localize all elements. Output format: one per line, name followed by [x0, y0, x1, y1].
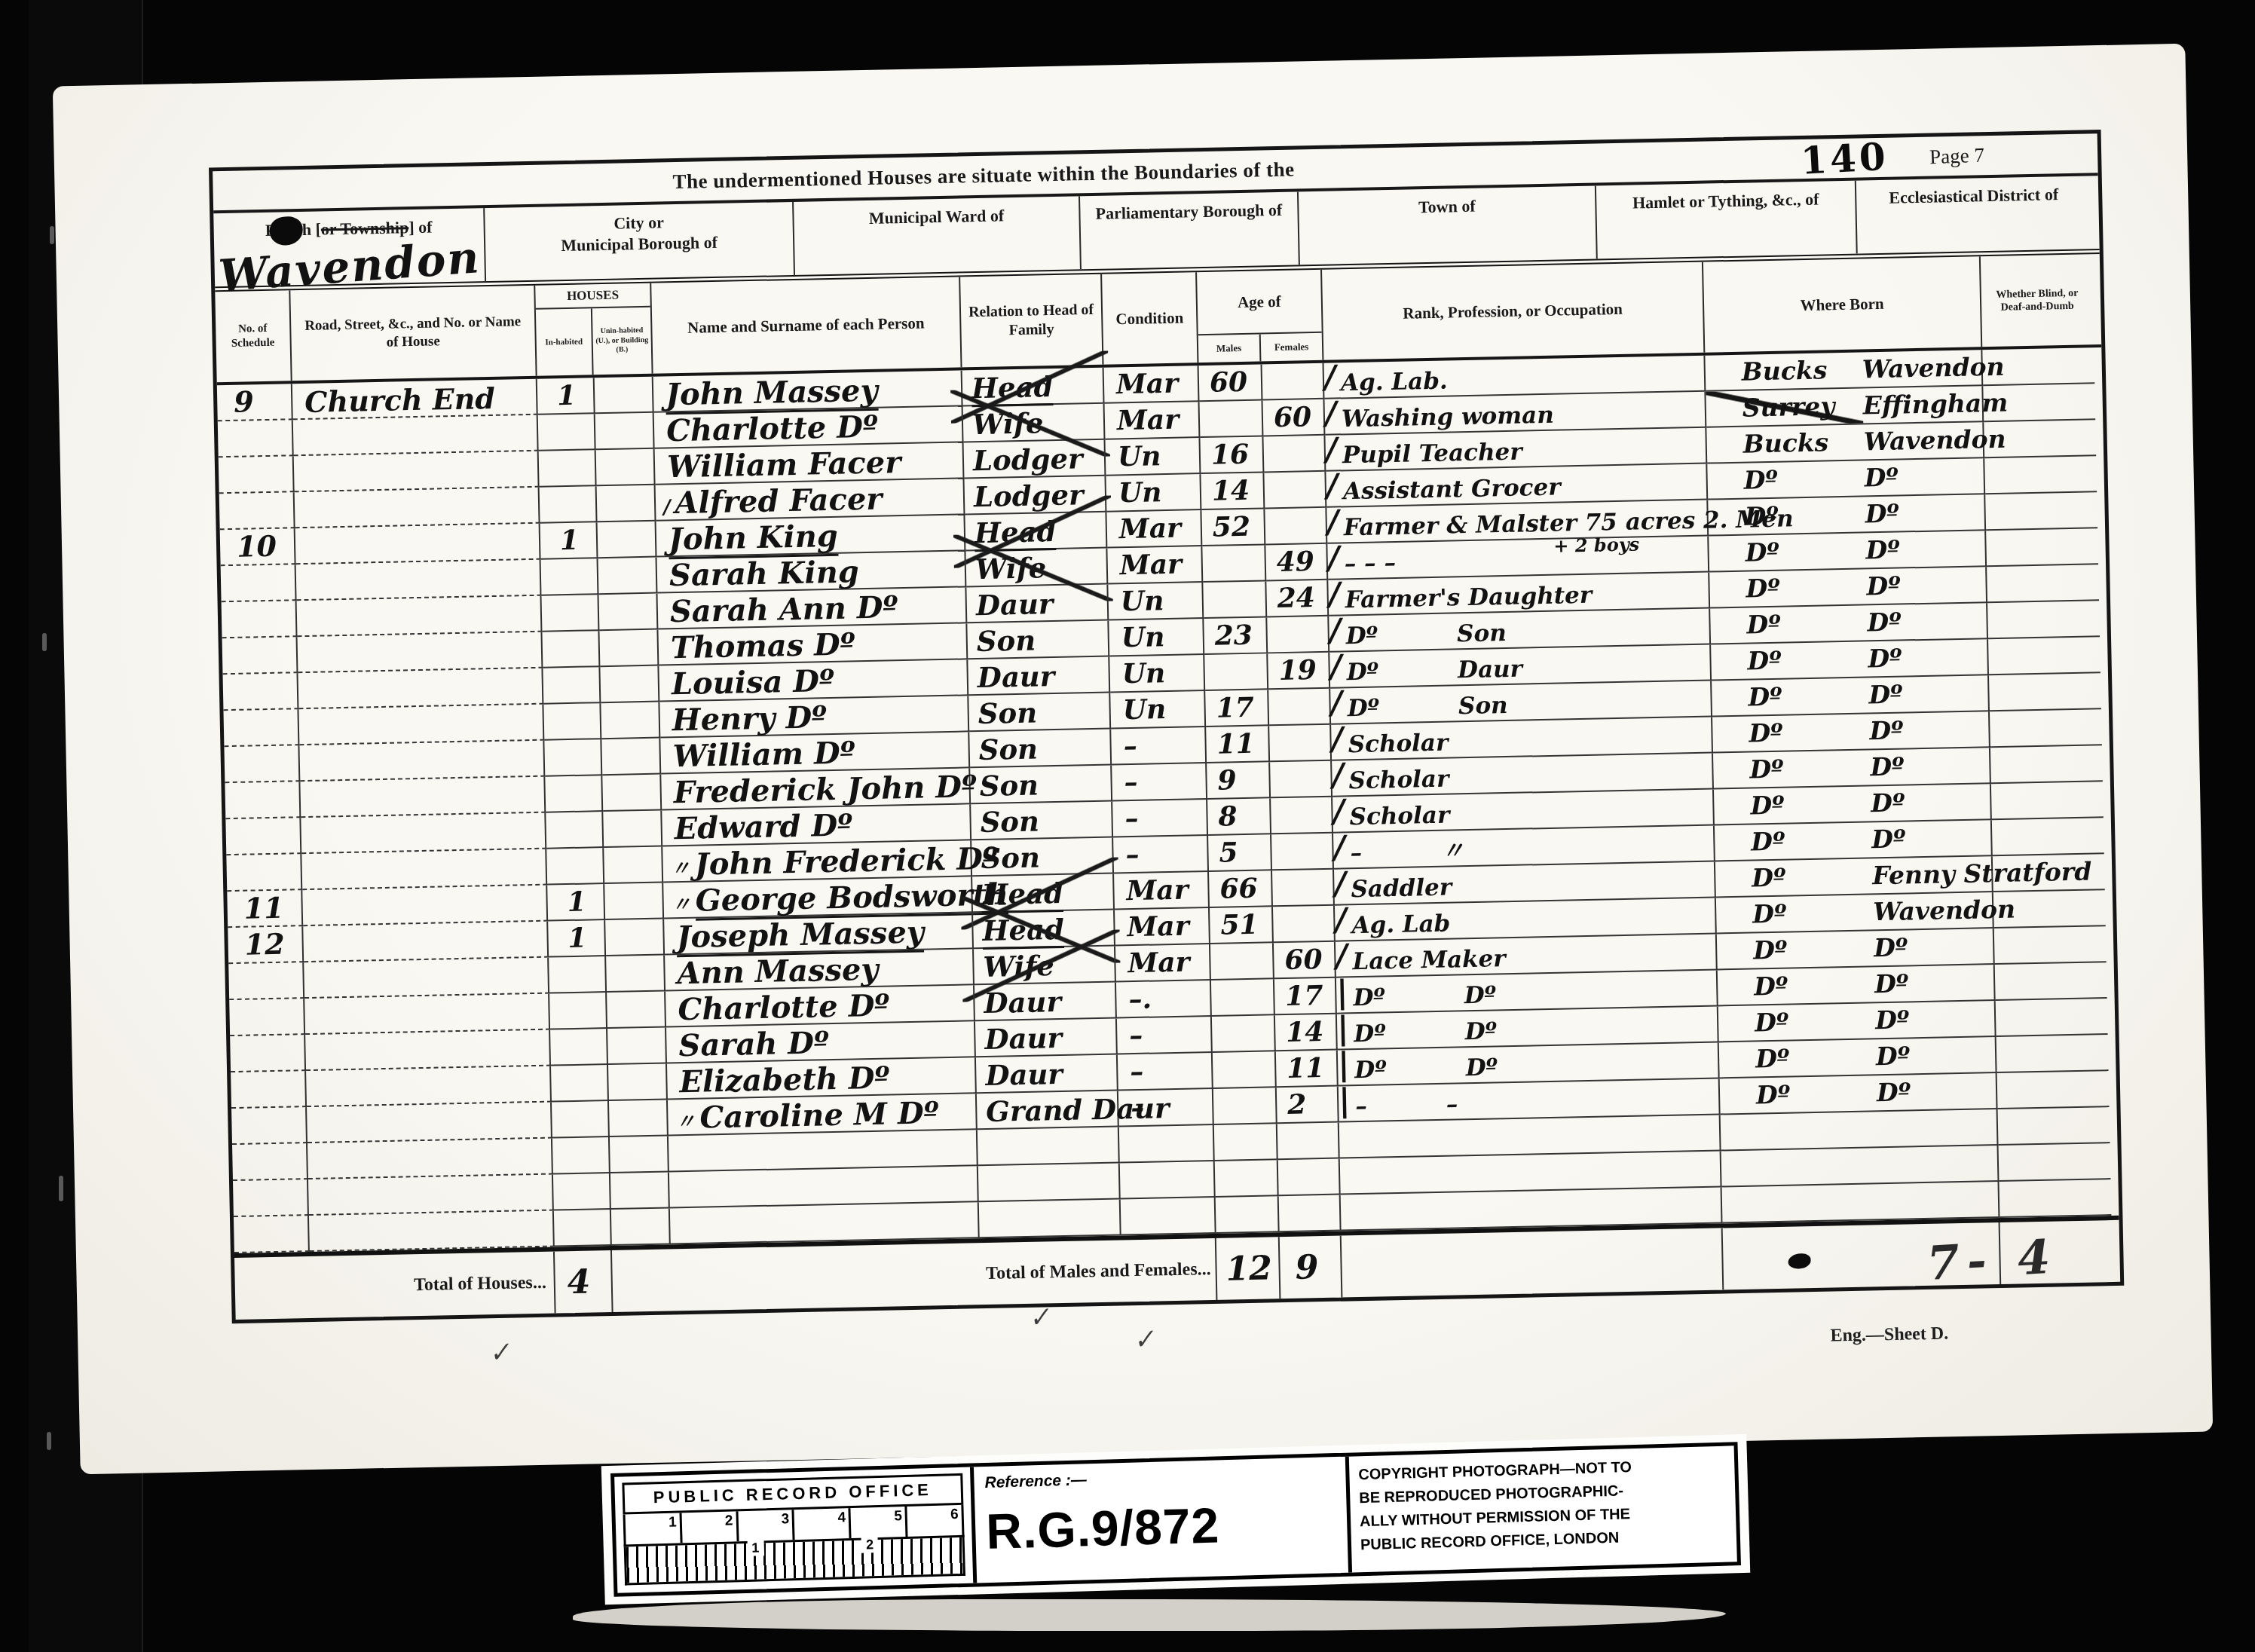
inhabited-cell — [545, 776, 603, 813]
condition-cell — [1119, 1125, 1215, 1164]
person-name: William Dº — [672, 735, 855, 774]
schedule-number-cell — [228, 962, 304, 1000]
tally-mark: / — [1325, 432, 1342, 467]
where-born-cell: DºDº — [1715, 820, 1993, 861]
inhabited-cell — [544, 739, 602, 777]
tick-mark — [662, 424, 662, 446]
inhabited-cell — [549, 956, 607, 994]
schedule-number-cell — [230, 1035, 306, 1072]
age-female-cell — [1268, 689, 1331, 727]
where-born-cell: DºDº — [1707, 458, 1985, 500]
age-female-cell — [1269, 725, 1332, 763]
road-name-cell — [304, 994, 550, 1036]
age-female-cell — [1264, 472, 1326, 509]
age-male-cell — [1214, 1124, 1278, 1161]
condition-cell: Mar — [1107, 546, 1203, 585]
header-rank: Rank, Profession, or Occupation — [1322, 262, 1705, 360]
road-name-cell — [307, 1103, 552, 1144]
header-name: Name and Surname of each Person — [651, 277, 962, 373]
condition-cell: Mar — [1104, 366, 1200, 404]
where-born-cell: BucksWavendon — [1705, 350, 1983, 391]
hamlet-cell: Hamlet or Tything, &c., of — [1596, 181, 1858, 259]
where-born-cell: DºDº — [1709, 531, 1987, 572]
tick-mark — [675, 1075, 675, 1097]
checkmark: ✓ — [1027, 1302, 1052, 1335]
relation-cell: Lodger — [964, 476, 1106, 515]
person-name-cell: William Facer — [655, 442, 965, 485]
blind-deaf-cell — [1993, 854, 2105, 892]
where-born-cell: DºDº — [1713, 748, 1991, 789]
uninhabited-cell — [596, 449, 656, 487]
uninhabited-cell — [600, 666, 659, 704]
person-name-cell: Sarah Ann Dº — [657, 587, 967, 629]
schedule-number-cell — [222, 637, 298, 675]
schedule-number-cell — [223, 709, 299, 747]
tick-mark — [674, 1039, 675, 1061]
person-name: Ann Massey — [677, 952, 879, 991]
person-name-cell: Frederick John Dº — [661, 768, 971, 810]
person-name: Sarah King — [669, 554, 860, 593]
condition-cell: – — [1112, 763, 1207, 802]
uninhabited-cell — [608, 1063, 668, 1101]
where-born-cell: DºDº — [1711, 639, 1989, 681]
person-name-cell: John King — [656, 515, 966, 557]
age-female-cell — [1263, 436, 1326, 473]
condition-cell: Mar — [1115, 908, 1210, 947]
person-name-cell: Elizabeth Dº — [667, 1057, 977, 1100]
road-name-cell — [301, 849, 547, 891]
person-name-cell — [670, 1202, 980, 1244]
inhabited-cell: 1 — [537, 378, 595, 415]
person-name: John Frederick Dº — [694, 841, 998, 883]
tally-mark: / — [1326, 468, 1343, 503]
blind-deaf-cell — [1982, 347, 2094, 386]
age-female-cell: 11 — [1276, 1051, 1339, 1088]
uninhabited-cell — [604, 847, 663, 885]
person-name: Caroline M Dº — [699, 1095, 939, 1135]
condition-cell: Mar — [1106, 510, 1202, 549]
age-female-cell — [1277, 1123, 1340, 1161]
inhabited-cell — [552, 1137, 610, 1175]
age-female-cell — [1265, 508, 1327, 546]
where-born-cell: DºDº — [1720, 1073, 1998, 1115]
age-male-cell — [1215, 1160, 1279, 1198]
age-female-cell — [1271, 834, 1334, 871]
age-female-cell — [1278, 1159, 1341, 1197]
person-name-cell: Louisa Dº — [659, 659, 968, 702]
schedule-number-cell — [225, 818, 301, 855]
person-name-cell: Thomas Dº — [658, 623, 968, 665]
tick-mark — [664, 532, 665, 555]
tick-mark — [665, 568, 665, 591]
tally-mark: / — [1332, 757, 1349, 792]
tick-mark — [670, 821, 671, 844]
tick-mark: / — [663, 496, 671, 519]
header-males: Males — [1198, 334, 1262, 363]
relation-cell: Head — [972, 874, 1115, 913]
age-male-cell: 66 — [1209, 870, 1273, 908]
where-born-cell: DºWavendon — [1716, 892, 1994, 934]
paper-edge-fragment — [573, 1599, 1726, 1631]
person-name-cell: 〃John Frederick Dº — [662, 840, 972, 883]
header-where-born: Where Born — [1703, 256, 1982, 352]
where-born-cell: DºDº — [1712, 675, 1990, 717]
pro-copyright-section: COPYRIGHT PHOTOGRAPH—NOT TO BE REPRODUCE… — [1345, 1445, 1737, 1572]
inhabited-cell — [539, 450, 597, 488]
tally-mark: | — [1337, 1011, 1354, 1045]
person-name: Louisa Dº — [671, 663, 834, 702]
relation-cell: Wife — [974, 947, 1116, 986]
header-inhabited: In-habited — [536, 308, 594, 375]
road-name-cell — [296, 560, 542, 601]
age-male-cell: 9 — [1207, 762, 1271, 800]
uninhabited-cell — [607, 992, 666, 1029]
schedule-number-cell — [233, 1179, 309, 1217]
tally-mark: / — [1324, 396, 1342, 430]
person-name: Edward Dº — [674, 807, 852, 846]
relation-cell: Head — [973, 910, 1115, 950]
total-males-value: 12 — [1225, 1249, 1272, 1288]
road-name-cell — [298, 705, 544, 746]
tally-mark: | — [1336, 974, 1354, 1009]
inhabited-cell — [541, 558, 599, 596]
person-name: Alfred Facer — [675, 482, 883, 522]
header-age: Age of — [1197, 270, 1322, 335]
road-name-cell — [300, 777, 546, 818]
age-male-cell: 60 — [1199, 364, 1263, 402]
road-name-cell: Church End — [292, 379, 538, 421]
relation-cell: Wife — [963, 404, 1106, 443]
ink-blot — [269, 216, 303, 246]
blind-deaf-cell — [1988, 637, 2100, 675]
header-blind-deaf: Whether Blind, or Deaf-and-Dumb — [1981, 254, 2094, 347]
road-name-cell — [309, 1211, 555, 1253]
age-female-cell — [1273, 906, 1336, 944]
condition-cell: Un — [1109, 619, 1204, 657]
road-name-cell — [306, 1066, 552, 1108]
inhabited-cell — [540, 486, 598, 524]
page-number-label: Page 7 — [1929, 143, 1985, 169]
road-name-cell — [295, 488, 540, 529]
tick-mark — [667, 677, 668, 699]
inhabited-cell: 1 — [547, 884, 605, 922]
relation-cell: Son — [968, 693, 1111, 733]
condition-cell: Un — [1109, 655, 1205, 693]
where-born-cell: DºDº — [1709, 567, 1987, 608]
relation-cell: Son — [967, 621, 1109, 660]
tick-mark — [676, 1147, 677, 1170]
table-body: 9 Church End 1 John Massey Head Mar 60 /… — [217, 347, 2119, 1253]
age-male-cell: 11 — [1206, 726, 1270, 763]
relation-cell: Daur — [968, 657, 1110, 696]
tally-mark: / — [1333, 830, 1351, 864]
condition-cell: – — [1111, 727, 1207, 766]
where-born-cell: DºDº — [1714, 784, 1992, 825]
uninhabited-cell — [603, 811, 662, 849]
person-name-cell: 〃Caroline M Dº — [668, 1094, 978, 1136]
uninhabited-cell — [606, 956, 665, 993]
age-male-cell: 52 — [1201, 509, 1265, 546]
schedule-number-cell — [226, 854, 302, 892]
condition-cell: Un — [1110, 691, 1206, 730]
header-females: Females — [1261, 333, 1323, 362]
road-name-cell — [298, 632, 543, 674]
inhabited-cell — [549, 993, 607, 1030]
inhabited-cell — [553, 1173, 611, 1211]
relation-cell: Grand Daur — [977, 1091, 1119, 1130]
person-name: Henry Dº — [672, 699, 827, 738]
boundary-title: The undermentioned Houses are situate wi… — [672, 158, 1295, 194]
where-born-cell — [1722, 1182, 2000, 1223]
condition-cell: – — [1118, 1089, 1214, 1127]
relation-cell: Daur — [975, 983, 1117, 1022]
plate-mark-handwritten: 7- 4 — [1926, 1229, 2059, 1291]
road-name-cell — [295, 524, 541, 565]
where-born-cell: DºDº — [1712, 711, 1990, 753]
person-name: Sarah Ann Dº — [669, 589, 898, 629]
age-male-cell — [1216, 1196, 1280, 1234]
schedule-number-cell: 10 — [220, 528, 296, 566]
age-female-cell — [1271, 797, 1333, 835]
road-name-cell — [298, 668, 543, 710]
pro-ruler-section: PUBLIC RECORD OFFICE 1 2 3 4 5 6 1 2 — [614, 1467, 973, 1593]
uninhabited-cell — [604, 883, 664, 921]
relation-cell: Daur — [966, 585, 1109, 624]
schedule-number-cell — [223, 673, 299, 711]
header-age-group: Age of Males Females — [1197, 270, 1323, 363]
relation-cell: Son — [971, 802, 1113, 841]
person-name-cell — [669, 1130, 978, 1172]
person-name: Charlotte Dº — [666, 409, 879, 449]
age-male-cell: 17 — [1205, 690, 1269, 727]
inhabited-cell — [546, 848, 604, 886]
total-houses-label: Total of Houses... — [234, 1252, 556, 1320]
condition-cell: Un — [1108, 583, 1204, 621]
schedule-number-cell — [234, 1216, 310, 1253]
uninhabited-cell — [602, 775, 662, 812]
schedule-number-cell: 9 — [217, 384, 293, 421]
condition-cell: – — [1113, 836, 1209, 874]
road-name-cell — [293, 415, 539, 457]
tick-mark — [677, 1183, 678, 1206]
folio-stamp-number: 140 — [1800, 133, 1889, 182]
relation-cell: Lodger — [964, 440, 1106, 479]
schedule-number-cell — [231, 1107, 307, 1145]
relation-cell — [978, 1127, 1120, 1166]
relation-cell — [979, 1199, 1121, 1238]
person-name: John King — [669, 519, 839, 560]
ecclesiastical-district-cell: Ecclesiastical District of — [1856, 176, 2092, 253]
person-name-cell: Charlotte Dº — [665, 985, 975, 1027]
schedule-number-cell — [232, 1143, 308, 1181]
person-name-cell: Sarah Dº — [666, 1021, 976, 1063]
uninhabited-cell — [605, 919, 665, 957]
parliamentary-borough-cell: Parliamentary Borough of — [1080, 191, 1300, 269]
schedule-number-cell — [218, 420, 294, 457]
schedule-number-cell — [222, 601, 298, 638]
uninhabited-cell — [599, 630, 659, 668]
tick-mark — [672, 966, 673, 989]
condition-cell — [1121, 1198, 1216, 1236]
relation-cell: Son — [971, 838, 1114, 877]
inhabited-cell — [543, 667, 601, 705]
blind-deaf-cell — [1984, 420, 2096, 458]
ink-blob — [1788, 1253, 1810, 1269]
tally-mark: / — [1336, 938, 1353, 973]
tick-mark — [662, 460, 663, 482]
condition-cell: – — [1112, 800, 1208, 838]
blind-deaf-cell — [1998, 1107, 2110, 1146]
person-name — [681, 1173, 682, 1208]
census-sheet-paper: The undermentioned Houses are situate wi… — [53, 44, 2213, 1474]
total-houses-value: 4 — [567, 1262, 591, 1302]
age-male-cell: 5 — [1208, 834, 1272, 872]
blind-deaf-cell — [1987, 564, 2099, 603]
condition-cell: –. — [1116, 980, 1212, 1019]
tick-mark — [665, 604, 666, 627]
schedule-number-cell — [224, 745, 300, 783]
relation-cell: Daur — [975, 1018, 1118, 1057]
blind-deaf-cell — [1992, 818, 2104, 856]
uninhabited-cell — [601, 702, 660, 740]
tick-mark — [669, 749, 669, 772]
age-male-cell — [1213, 1088, 1277, 1125]
blind-deaf-cell — [1991, 782, 2104, 820]
age-male-cell — [1200, 400, 1264, 438]
condition-cell: Un — [1106, 474, 1201, 512]
checkmark: ✓ — [1131, 1323, 1156, 1357]
town-cell: Town of — [1299, 186, 1598, 265]
tick-mark: 〃 — [671, 858, 691, 881]
inhabited-cell — [542, 631, 600, 668]
age-female-cell: 60 — [1274, 942, 1336, 980]
blind-deaf-cell — [1987, 601, 2100, 639]
person-name-cell: Ann Massey — [665, 949, 975, 991]
municipal-ward-cell: Municipal Ward of — [794, 196, 1082, 275]
age-female-cell: 14 — [1275, 1014, 1338, 1052]
uninhabited-cell — [595, 377, 654, 415]
age-male-cell — [1210, 943, 1274, 980]
blind-deaf-cell — [1990, 745, 2103, 784]
age-female-cell: 49 — [1265, 544, 1328, 582]
tally-mark: | — [1339, 1083, 1356, 1118]
age-female-cell: 19 — [1268, 653, 1330, 690]
tally-mark: / — [1334, 866, 1351, 901]
age-female-cell — [1267, 616, 1329, 654]
inhabited-cell: 1 — [548, 920, 606, 958]
road-name-cell — [303, 922, 549, 963]
schedule-number-cell — [229, 999, 305, 1036]
age-female-cell: 24 — [1266, 580, 1329, 618]
road-name-cell — [307, 1139, 553, 1180]
where-born-cell: DºDº — [1710, 603, 1988, 644]
person-name — [681, 1137, 681, 1172]
relation-cell: Wife — [965, 549, 1108, 588]
blind-deaf-cell — [1986, 528, 2098, 567]
person-name: Thomas Dº — [670, 626, 855, 665]
where-born-cell: DºDº — [1717, 928, 1995, 970]
header-schedule: No. of Schedule — [215, 290, 292, 382]
tally-mark: / — [1327, 540, 1345, 575]
age-female-cell: 2 — [1277, 1087, 1339, 1124]
header-relation: Relation to Head of Family — [960, 274, 1103, 368]
struck-or-township: or Township — [321, 218, 409, 238]
header-houses: HOUSES — [535, 283, 650, 310]
person-name-cell: John Massey — [653, 370, 963, 412]
header-condition: Condition — [1102, 272, 1198, 365]
tick-mark — [666, 641, 667, 663]
tally-mark: | — [1338, 1047, 1355, 1081]
blind-deaf-cell — [1995, 962, 2107, 1001]
inhabited-cell — [554, 1210, 612, 1247]
blind-deaf-cell — [1999, 1179, 2111, 1218]
scanned-census-page: The undermentioned Houses are situate wi… — [0, 0, 2255, 1652]
person-name-cell — [669, 1166, 979, 1208]
age-male-cell — [1203, 581, 1267, 619]
blind-deaf-cell — [1990, 709, 2102, 748]
where-born-cell: SurreyEffingham — [1706, 386, 1984, 427]
blind-deaf-cell — [1994, 926, 2107, 965]
schedule-number-cell — [221, 564, 297, 602]
tally-mark: / — [1331, 721, 1348, 756]
age-male-cell: 23 — [1204, 617, 1268, 655]
reference-number: R.G.9/872 — [985, 1493, 1337, 1560]
blind-deaf-cell — [1996, 999, 2108, 1037]
where-born-cell — [1721, 1109, 1999, 1151]
age-male-cell: 16 — [1200, 436, 1264, 474]
tally-mark: / — [1323, 359, 1341, 394]
age-female-cell: 60 — [1262, 399, 1325, 437]
blind-deaf-cell — [1983, 384, 2095, 422]
condition-cell: Un — [1105, 438, 1201, 476]
where-born-cell: DºDº — [1708, 494, 1986, 536]
age-female-cell — [1279, 1195, 1342, 1233]
header-houses-group: HOUSES In-habited Unin-habited (U.), or … — [535, 283, 653, 376]
uninhabited-cell — [598, 522, 657, 559]
where-born-cell: DºDº — [1718, 1001, 1996, 1042]
tally-mark: / — [1326, 504, 1344, 539]
age-male-cell — [1212, 1015, 1276, 1053]
reference-label: Reference :— — [984, 1464, 1335, 1492]
schedule-number-cell: 11 — [227, 890, 303, 928]
road-name-cell — [299, 741, 545, 782]
age-female-cell — [1270, 761, 1332, 799]
age-male-cell: 8 — [1207, 798, 1271, 836]
person-name-cell: Henry Dº — [659, 696, 969, 738]
parish-cell: Parish [or Township] of Wavendon — [213, 208, 486, 286]
tally-mark: / — [1332, 794, 1350, 828]
where-born-cell — [1721, 1146, 2000, 1187]
total-females-value: 9 — [1295, 1248, 1319, 1287]
condition-cell: – — [1118, 1053, 1213, 1091]
person-name: Sarah Dº — [678, 1025, 829, 1063]
blind-deaf-cell — [1985, 492, 2097, 531]
uninhabited-cell — [598, 594, 658, 632]
person-name: Elizabeth Dº — [679, 1060, 890, 1100]
condition-cell: Mar — [1105, 402, 1201, 440]
person-name-cell: Joseph Massey — [664, 913, 974, 955]
blind-deaf-cell — [1993, 890, 2106, 928]
tick-mark: 〃 — [671, 894, 691, 917]
schedule-number-cell — [219, 456, 295, 494]
tick-mark — [668, 713, 669, 736]
schedule-number-cell — [225, 782, 301, 819]
inhabited-cell — [543, 703, 601, 741]
where-born-cell: DºDº — [1719, 1037, 1997, 1078]
tally-mark: / — [1329, 649, 1347, 684]
age-female-cell — [1272, 870, 1335, 907]
road-name-cell — [304, 958, 549, 999]
